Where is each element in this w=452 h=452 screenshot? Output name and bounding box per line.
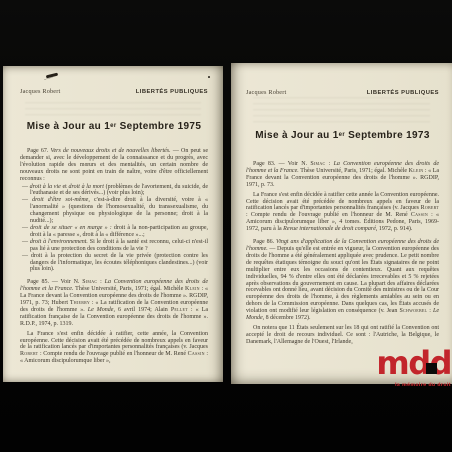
paragraph-page-83: Page 83. — Voir N. Simac : La Convention… [246, 161, 439, 189]
page-content: Jacques Robert LIBERTÉS PUBLIQUES Mise à… [3, 66, 223, 382]
paragraph-ratification: La France s'est enfin décidée à ratifier… [246, 192, 439, 233]
list-item: — droit à la protection du secret de la … [22, 253, 208, 274]
list-item: — droit à la vie et droit à la mort (pro… [22, 184, 208, 198]
list-item: — droit d'être soi-même, c'est-à-dire dr… [22, 197, 208, 225]
page-body: Page 83. — Voir N. Simac : La Convention… [246, 161, 439, 346]
ordinal-superscript: er [110, 123, 116, 129]
list-item: — droit de se situer « en marge » : droi… [22, 225, 208, 239]
page-body: Page 67. Vers de nouveaux droits et de n… [20, 148, 208, 365]
series-title: LIBERTÉS PUBLIQUES [136, 89, 208, 95]
mdd-logo-square [426, 363, 437, 374]
new-rights-list: — droit à la vie et droit à la mort (pro… [22, 184, 208, 274]
paragraph-states-list: On notera que 11 États seulement sur les… [246, 325, 439, 346]
watermark: mdd la mémoire du droit [376, 350, 451, 388]
page-header: Jacques Robert LIBERTÉS PUBLIQUES [20, 88, 208, 95]
list-item: — droit à l'environnement. Si le droit à… [22, 239, 208, 253]
paragraph-page-67: Page 67. Vers de nouveaux droits et de n… [20, 148, 208, 183]
author-name: Jacques Robert [20, 88, 60, 95]
mdd-logo-icon: mdd [376, 350, 451, 376]
paragraph-ratification: La France s'est enfin décidée à ratifier… [20, 331, 208, 366]
page-title: Mise à Jour au 1er Septembre 1975 [20, 121, 208, 132]
page-title: Mise à Jour au 1er Septembre 1973 [246, 130, 439, 141]
watermark-tagline: la mémoire du droit [376, 383, 451, 388]
paragraph-page-86: Page 86. Vingt ans d'application de la C… [246, 239, 439, 322]
author-name: Jacques Robert [246, 89, 286, 96]
book-page-right: Jacques Robert LIBERTÉS PUBLIQUES Mise à… [231, 63, 452, 384]
page-header: Jacques Robert LIBERTÉS PUBLIQUES [246, 89, 439, 96]
page-content: Jacques Robert LIBERTÉS PUBLIQUES Mise à… [231, 63, 452, 384]
book-page-left: Jacques Robert LIBERTÉS PUBLIQUES Mise à… [3, 66, 223, 382]
ordinal-superscript: er [339, 132, 345, 138]
paragraph-page-85: Page 85. — Voir N. Simac : La Convention… [20, 279, 208, 327]
series-title: LIBERTÉS PUBLIQUES [367, 90, 439, 96]
